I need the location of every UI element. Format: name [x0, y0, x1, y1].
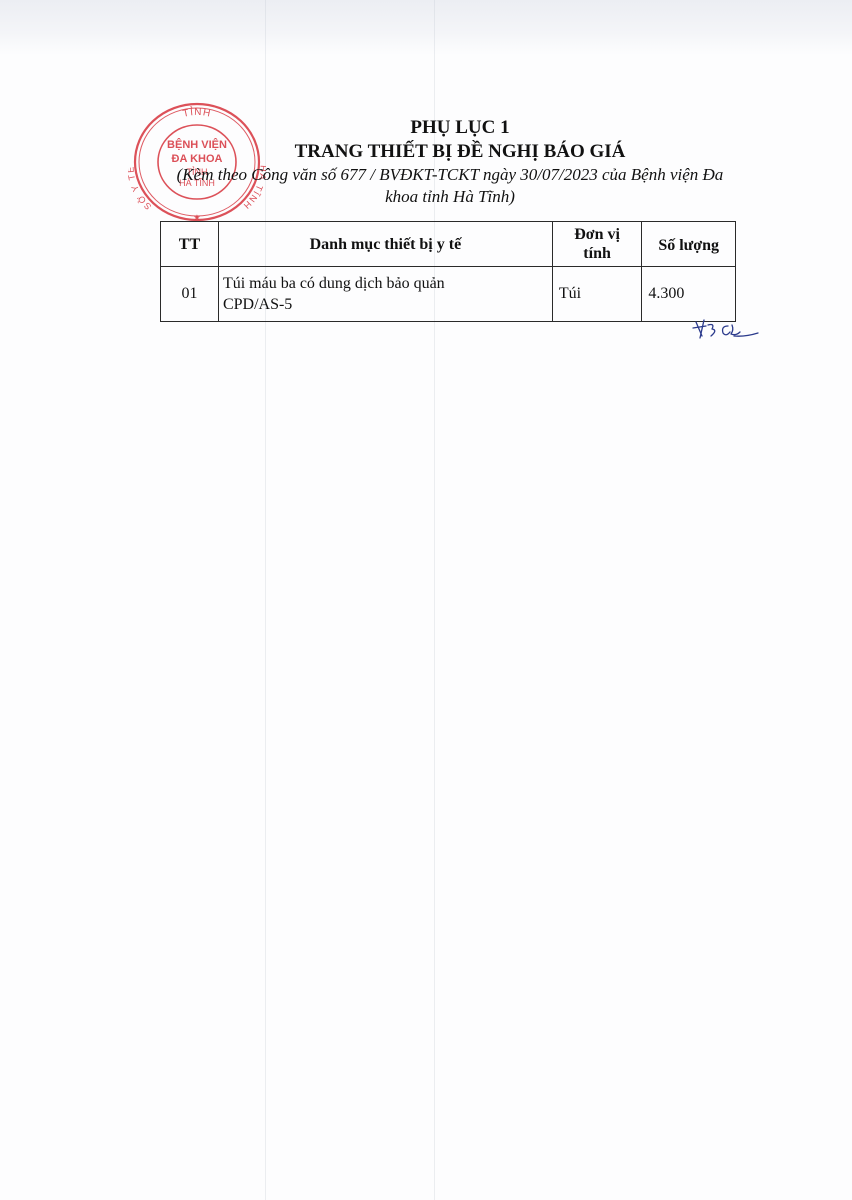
column-header-unit-label: Đơn vị tính	[562, 225, 632, 263]
column-header-unit: Đơn vị tính	[552, 222, 641, 267]
subtitle-line-1: (Kèm theo Công văn số 677 / BVĐKT-TCKT n…	[100, 164, 800, 186]
cell-tt: 01	[161, 267, 219, 322]
subtitle-line-2: khoa tỉnh Hà Tĩnh)	[100, 186, 800, 208]
column-header-name: Danh mục thiết bị y tế	[218, 222, 552, 267]
table-header-row: TT Danh mục thiết bị y tế Đơn vị tính Số…	[161, 222, 736, 267]
cell-name-line-1: Túi máu ba có dung dịch bảo quản	[223, 273, 548, 294]
cell-name: Túi máu ba có dung dịch bảo quản CPD/AS-…	[218, 267, 552, 322]
document-title: TRANG THIẾT BỊ ĐỀ NGHỊ BÁO GIÁ	[120, 140, 800, 164]
document-header: PHỤ LỤC 1 TRANG THIẾT BỊ ĐỀ NGHỊ BÁO GIÁ…	[100, 116, 800, 208]
column-header-tt: TT	[161, 222, 219, 267]
document-subtitle: (Kèm theo Công văn số 677 / BVĐKT-TCKT n…	[100, 164, 800, 208]
table-row: 01 Túi máu ba có dung dịch bảo quản CPD/…	[161, 267, 736, 322]
signature-initials-icon	[690, 316, 770, 344]
scan-shading	[0, 0, 852, 55]
column-header-quantity: Số lượng	[642, 222, 736, 267]
equipment-table: TT Danh mục thiết bị y tế Đơn vị tính Số…	[160, 221, 736, 322]
appendix-label: PHỤ LỤC 1	[120, 116, 800, 140]
cell-quantity: 4.300	[642, 267, 736, 322]
cell-name-line-2: CPD/AS-5	[223, 294, 548, 315]
cell-unit: Túi	[552, 267, 641, 322]
